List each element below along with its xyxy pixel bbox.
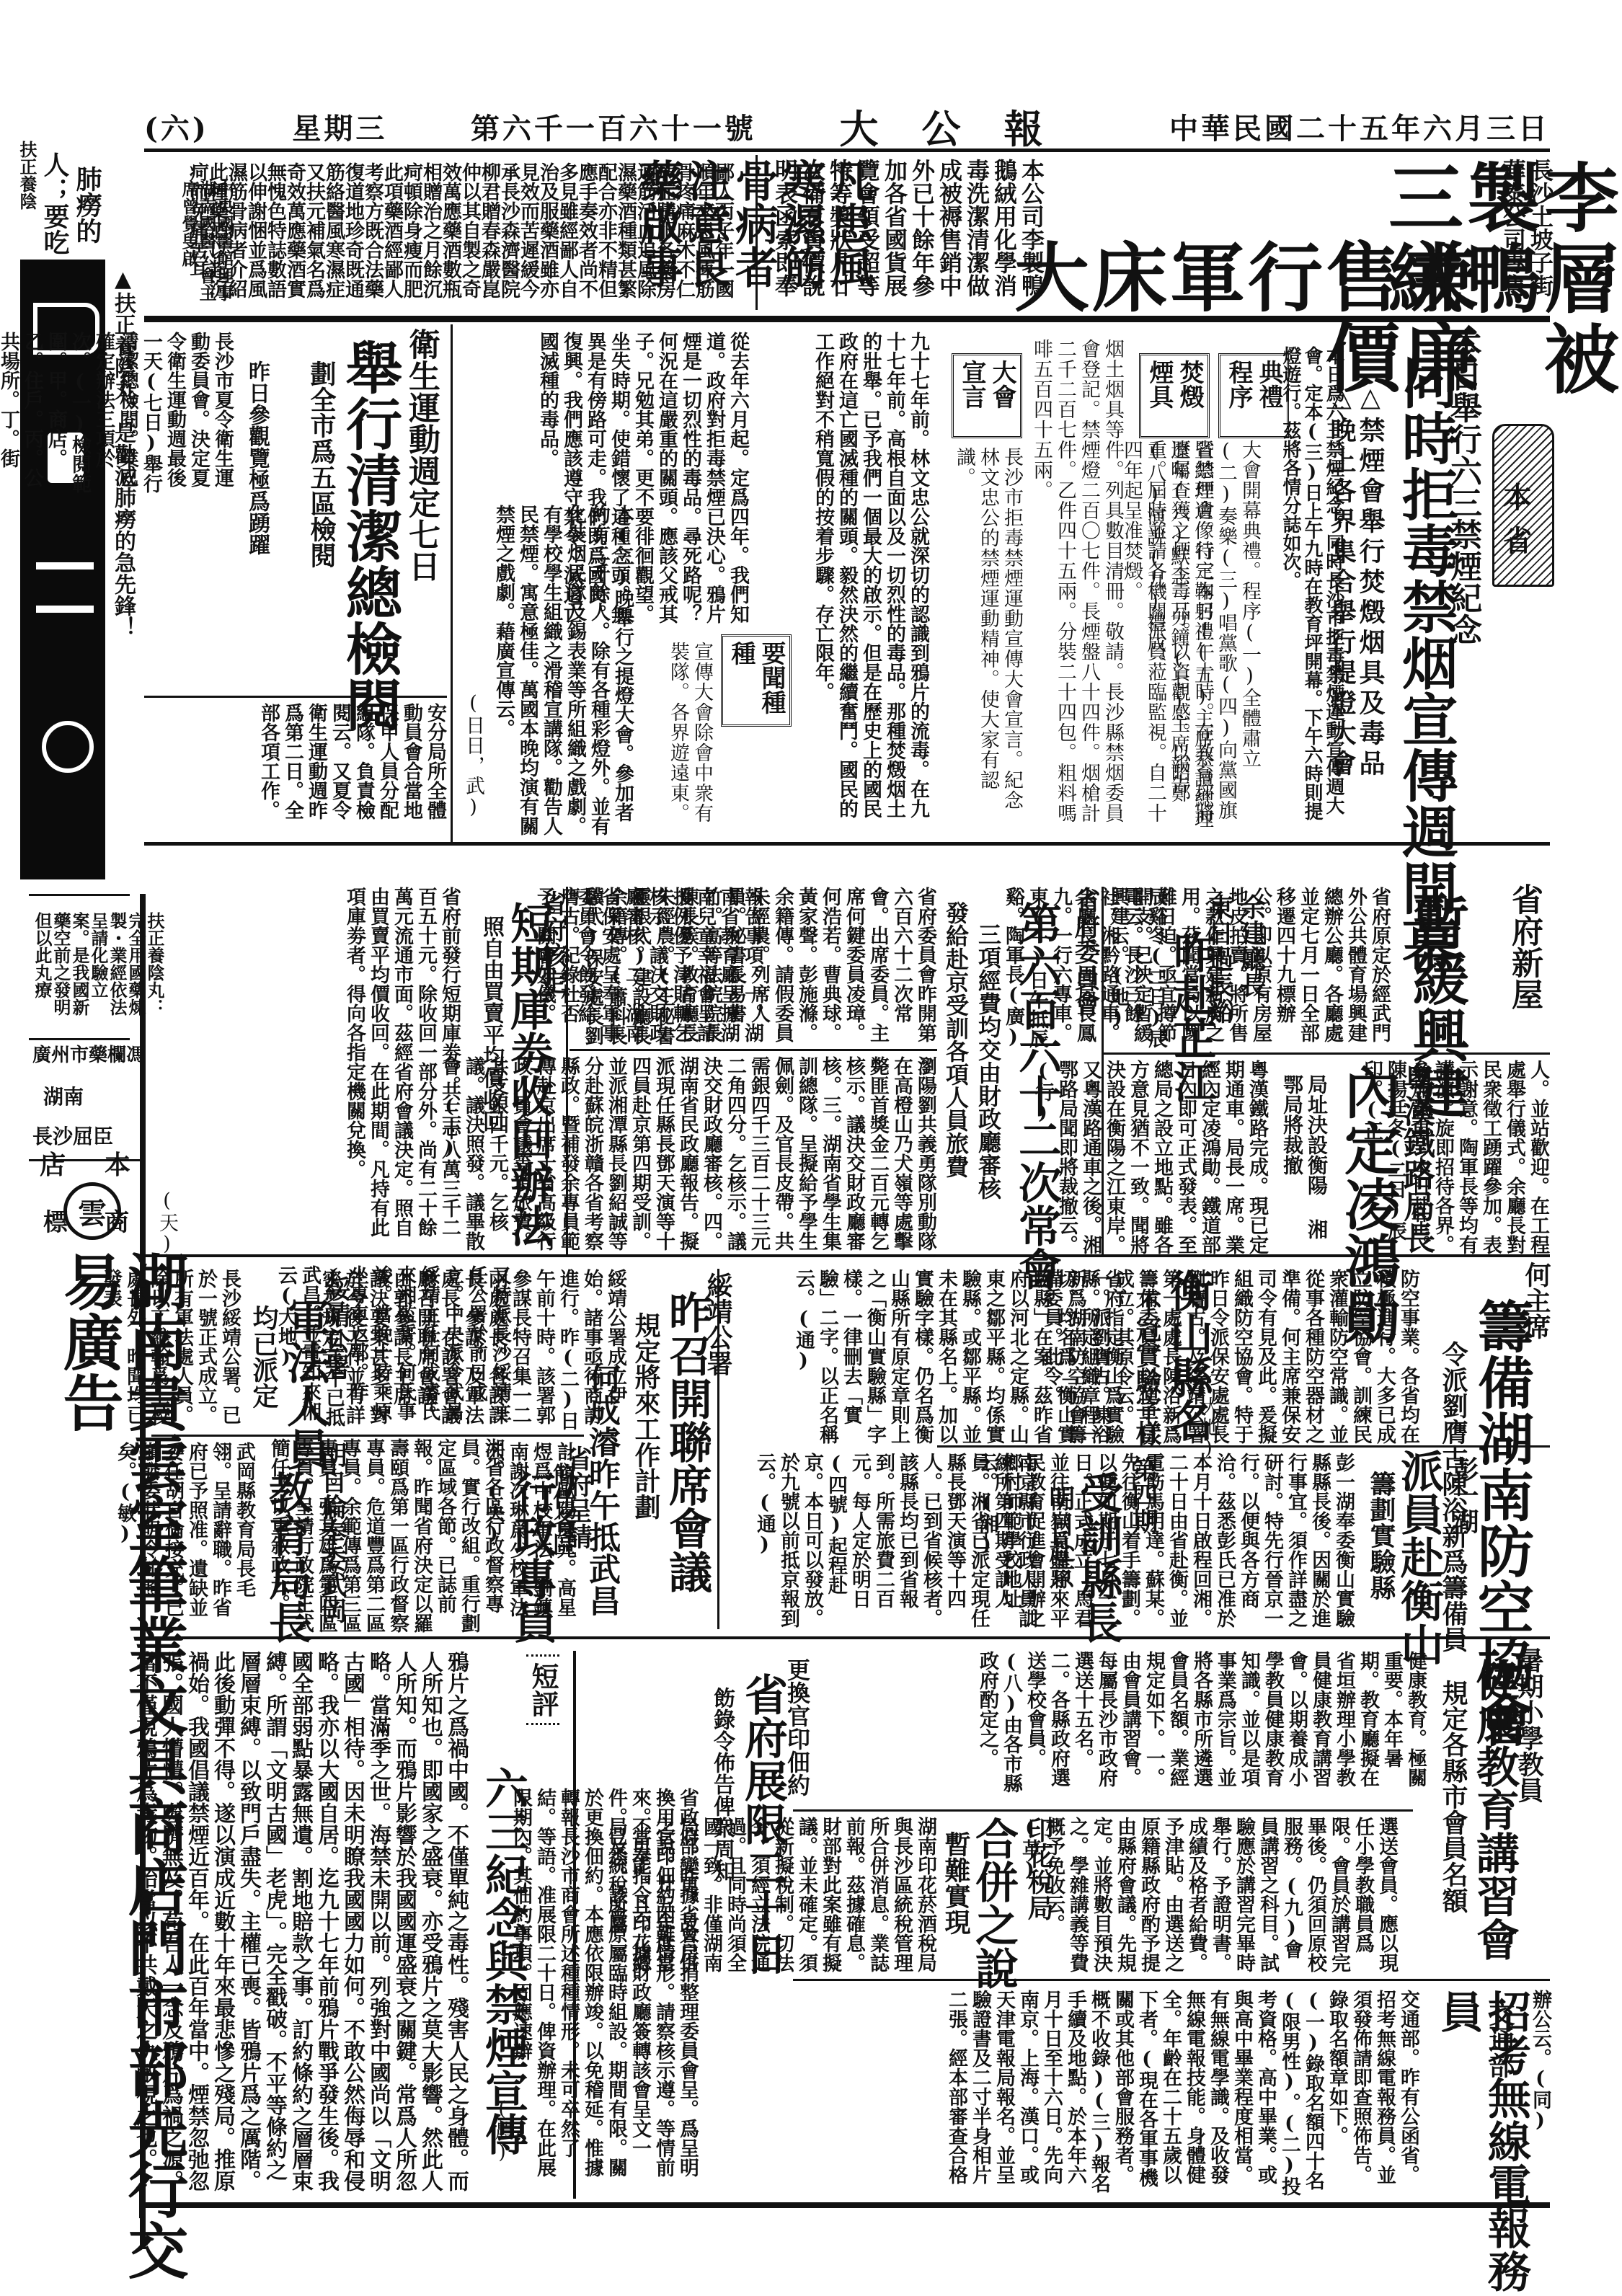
council-body: 省府委員會昨開第六百六十二次常會。出席委員。主席何鍵委員凌璋。何浩若。曹典球。黃…: [764, 887, 937, 1045]
box-declaration: 大會宣言: [952, 353, 1022, 438]
divider: [151, 1435, 512, 1437]
radio-headline: 招考無線電報務員: [1435, 1990, 1530, 2296]
bond-body: 省府前發行短期庫劵。共三十八萬三千二百五十元。除收回一部分外。尚有二十餘萬元流通…: [151, 887, 461, 1254]
trainee-kicker: 第四期: [1128, 1456, 1158, 1534]
education-kicker: 胡自倫奉委武岡: [317, 1442, 347, 1623]
store-label-right: 本: [105, 1153, 130, 1177]
hengshan-dispatch-headline: 派員赴衡山: [1395, 1449, 1442, 1665]
editorial-label: 短評: [526, 1654, 559, 1725]
left-ad-edge-fragment: 扶正養陰: [14, 141, 40, 210]
lead-essay: 九十七年前。林文忠公就深切的認識到鴉片的流毒。在九十七年前。高根自面以及一切烈性…: [757, 332, 930, 836]
banner-circle-icon: [42, 721, 94, 773]
section-label-bottom: 省: [1503, 526, 1532, 557]
railway-prev-text: 人。並站歡迎。在工程處舉行儀式。余廳長對民衆徵工踴躍參加。表示謝意。陶軍長等均有…: [1463, 1060, 1550, 1254]
banner-stroke-icon: [36, 562, 94, 569]
health-headline: 健康教育講習會: [1471, 1658, 1518, 1961]
hengshan-headline: 不冠實驗字樣: [1132, 1290, 1162, 1446]
trainee-deck: 明日赴京: [1045, 1485, 1076, 1589]
trainee-headline: 受訓縣長: [1074, 1471, 1122, 1644]
air-defense-body: 防空事業。各省均在積極進行。大多已成立防空協會。訓練民衆灌輸防空常識。並從事各種…: [1226, 1269, 1420, 1445]
medicine-ad-signature: 中央國醫館理事湖南國醫公會主席曾覺叟啟: [180, 180, 232, 310]
cleanup-kicker: 衛生運動週定七日: [404, 328, 438, 582]
hengshan-dispatch-deck: 籌劃實驗縣: [1366, 1471, 1396, 1600]
cleanup-deck: 劃全市爲五區檢閱: [306, 360, 337, 568]
lead-byline: (日日，武): [461, 692, 485, 819]
council-headline: 第六百六十二次常會: [1013, 901, 1060, 1290]
stamp-deck: 暫難實現: [941, 1831, 971, 1935]
divider: [1103, 1052, 1550, 1055]
divider: [570, 1049, 937, 1051]
lead-deck-1: △禁煙會舉行焚燬烟具及毒品: [1355, 382, 1386, 780]
pacification-headline: 昨召開聯席會議: [663, 1290, 711, 1593]
editorial-body: 鴉片之爲禍中國。不僅單純之毒性。殘害人民之身體。而人所知也。即國家之盛衰。亦受鴉…: [151, 1651, 469, 2199]
trademark-right: 商: [105, 1211, 129, 1235]
masthead-rule: [144, 149, 1550, 152]
pacification-deck: 規定將來工作計劃: [631, 1312, 661, 1520]
railway-kicker: 粵漢鐵路局長: [1399, 1063, 1433, 1254]
hengshan-body: 省府指定衡山爲實驗縣。所定組織章程一切。均名爲「衡山實驗縣」在案。茲昨省府以河北…: [937, 1269, 1125, 1445]
council-deck-2: 發給赴京受訓各項人員旅費: [941, 901, 971, 1178]
divider: [29, 894, 130, 896]
radio-tail: 辦公云。(同): [1528, 1990, 1552, 2132]
military-law-body: 長沙綏靖公署。已於一號正式成立。所有軍法處人員。除以丁維翰爲上校處長外。昨聞均已…: [155, 1269, 241, 1435]
masthead-paper-name: 大公報: [839, 99, 1086, 154]
masthead-page: (六): [144, 106, 209, 147]
trademark-left: 標: [43, 1211, 68, 1235]
council-deck-1: 三項經費均交由財政廳審核: [973, 923, 1003, 1200]
news-roundup-text: 宣傳大會除會中衆有裝隊。各界遊遠東。: [649, 642, 714, 836]
cleanup-headline: 舉行清潔總檢閱: [339, 339, 399, 732]
military-law-prev: 又特派長沙綏靖主任公署於前日成立。中央派令武昌綏靖主任何成濬氏來湘監誓。何氏事竣…: [368, 1265, 512, 1431]
lead-headline: 同時拒毒禁烟宣傳週開幕: [1395, 353, 1455, 972]
stamp-body: 湖南印花菸酒稅局與長沙區統稅管理所合併消息。業誌前報。茲據確息。財部對此案雖有擬…: [836, 1817, 937, 1975]
yu-body: 辰谿冬(二日)辰電云。長沙三餘社。湘黔路通車。余廳長。周局長鳳九。一行六專車。東…: [1103, 887, 1168, 1056]
left-ad-text-2: 人；要吃: [40, 151, 70, 255]
box-ceremony-program: 典禮程序: [1218, 353, 1289, 438]
housing-body: 省府原定於經武門外公共體育場興建總辦公廳。各廳處並定七月一日全部移遷四十九標辦公…: [1276, 887, 1391, 1056]
masthead: 中華民國二十五年六月三日 大公報 第六千一百六十一號 星期三 (六): [144, 101, 1550, 151]
left-ad-pharmacy-3: 長沙屈臣: [32, 1125, 113, 1148]
ceremony-program-text: 大會開幕典禮。程序(一)全體肅立(二)奏樂(三)唱黨歌(四)向黨國旗暨總理遺像行…: [1218, 440, 1262, 829]
masthead-issue-number: 第六千一百六十一號: [471, 106, 756, 147]
section-label-top: 本: [1503, 483, 1532, 513]
military-law-deck: 均已派定: [249, 1305, 279, 1409]
burning-text: 省禁煙會。特定本日上午十時。在教育坪將歷年查獲之煙土毒品。以資觀感。以昭鄭重。屆…: [1135, 440, 1215, 829]
store-label-left: 店: [40, 1153, 66, 1177]
bond-headline: 短期庫劵收回辦法: [505, 901, 552, 1247]
divider: [937, 1445, 1550, 1448]
cleanup-body: 長沙市夏令衛生運動委員會。決定夏令衛生運動週最後一天(七日)舉行清潔總檢閱。業已…: [151, 332, 234, 505]
radio-body: 交通部。昨有公函省。招考無線電報務員。並須發佈請即查照佈告。錄取名額章如下。(一…: [793, 1990, 1420, 2199]
lead-essay-continued: 從去年六月起。定爲四年。我們知道。政府對拒毒禁煙已決心。鴉片煙是一切烈性的毒品。…: [634, 332, 750, 634]
section-rule: [144, 842, 1550, 846]
medicine-ad-body: 鄙人丙子年一國順年來患風痺筋骨疼痛麻木不仁病症購服各藥房通筋活血追風除濕藥酒種類…: [187, 162, 732, 314]
divider: [29, 1038, 130, 1040]
railway-body: 粵漢鐵路完成。現已定期通車。局長一席。業經內定凌鴻勛。鐵道部日內即可正式發表。至…: [1103, 1060, 1269, 1254]
burning-list: 烟土烟具等件。列具數目清冊。敬請。長沙縣禁烟委員會登記。禁煙燈二百〇七件。長煙盤…: [1024, 339, 1125, 836]
divider: [451, 324, 453, 843]
health-body-2: 選送會員。應以現任小學教職員爲限。會員於講習完畢後。仍須回原校服務。(九)會員講…: [1038, 1817, 1399, 1975]
bond-byline: (天): [155, 1189, 179, 1256]
hengshan-dispatch-body: 彭一湖奉委衡山實驗縣縣長後。因關於進行事宜。須作詳盡之研討。特先行晉京一行。以便…: [1161, 1453, 1355, 1633]
ads-bottom-rule: [144, 316, 1550, 322]
railway-deck: 局址決設衡陽 湘鄂局將裁撤: [1280, 1074, 1329, 1254]
left-ad-pharmacy-2: 湖南: [43, 1085, 84, 1109]
trainee-body: 南京縣市行政人員訓練所第四期受訓人員。湘省已派定現任縣長鄧天演等十四人。已到省候…: [937, 1453, 1038, 1633]
commissioner-headline: 行政專員: [508, 1471, 556, 1644]
commissioner-body: 湘省各區行政督察專員。實行改組。重行劃定區域各節。已誌前報。昨聞省府決定以羅壽頤…: [346, 1438, 505, 1633]
box-burning: 焚燬煙具: [1139, 353, 1210, 438]
editorial-byline: (農): [490, 2098, 514, 2164]
divider: [793, 1979, 1550, 1981]
divider: [1102, 887, 1104, 1254]
section-rule: [144, 1636, 1550, 1639]
declaration-text: 長沙市拒毒禁煙運動宣傳大會宣言。紀念林文忠公的禁煙運動精神。使大家有認識。: [937, 447, 1024, 829]
left-ad-text-1: 肺癆的: [72, 166, 102, 244]
banner-stroke-icon: [36, 606, 94, 613]
bond-deck: 照自由買賣平均價收回: [476, 916, 506, 1132]
divider: [793, 1809, 1413, 1812]
box-news-roundup: 要聞種種: [721, 634, 792, 727]
cleanup-body-2: 安分局所全體動員會合當地保甲人員分配組隊。負責檢閱云。又夏令衛生運動週昨爲第二日…: [151, 703, 447, 836]
health-body: 健康教育。極關重要。本年暑期。教育廳擬在省垣辦理小學教員健康教育講習會。以期養成…: [793, 1651, 1427, 1806]
health-deck: 規定各縣市會員名額: [1438, 1680, 1468, 1913]
masthead-date: 中華民國二十五年六月三日: [1169, 106, 1550, 147]
hengshan-kicker: 衡山縣名: [1164, 1269, 1212, 1442]
masthead-weekday: 星期三: [292, 106, 387, 147]
divider: [505, 1435, 584, 1437]
hengshan-dispatch-kicker: 彭一湖: [1449, 1456, 1479, 1534]
council-report: 報告事項。一。湖南省教育廳呈據湖南兒童幸福會呈請援例優予津貼轉乞核示。議決交財政…: [642, 887, 764, 1045]
education-headline: 教育局長: [263, 1471, 311, 1644]
left-ad-pharmacy-1: 廣州市藥欄馮: [32, 1044, 145, 1068]
divider: [144, 696, 447, 698]
section-rule: [144, 1254, 1550, 1257]
housing-kicker: 省府新屋: [1507, 883, 1541, 1010]
stamp-headline: 合併之說: [970, 1817, 1017, 1990]
education-body: 武岡縣教育局長毛翎。呈請辭職。昨省府已予照准。遺缺並委任胡自倫接充。已塡發委狀明…: [155, 1442, 256, 1629]
yu-person: 余建廳長: [1236, 894, 1267, 998]
lead-intro: 本日爲六三禁煙紀念。同時長沙市拒毒禁煙運動宣傳週大會。定本(三)日上午九時在教育…: [1280, 346, 1344, 836]
council-body-2: 瀏陽劉共義勇隊別動隊在高橙山乃犬嶺等處擊斃匪首獎金二百元轉乞核示。議決交財政廳審…: [570, 1056, 937, 1254]
cleanup-deck-2: 昨日參觀覽極爲踴躍: [241, 360, 272, 555]
council-kicker: 省府委員會: [1071, 887, 1101, 1016]
page-bottom-rule: [144, 2202, 1550, 2208]
